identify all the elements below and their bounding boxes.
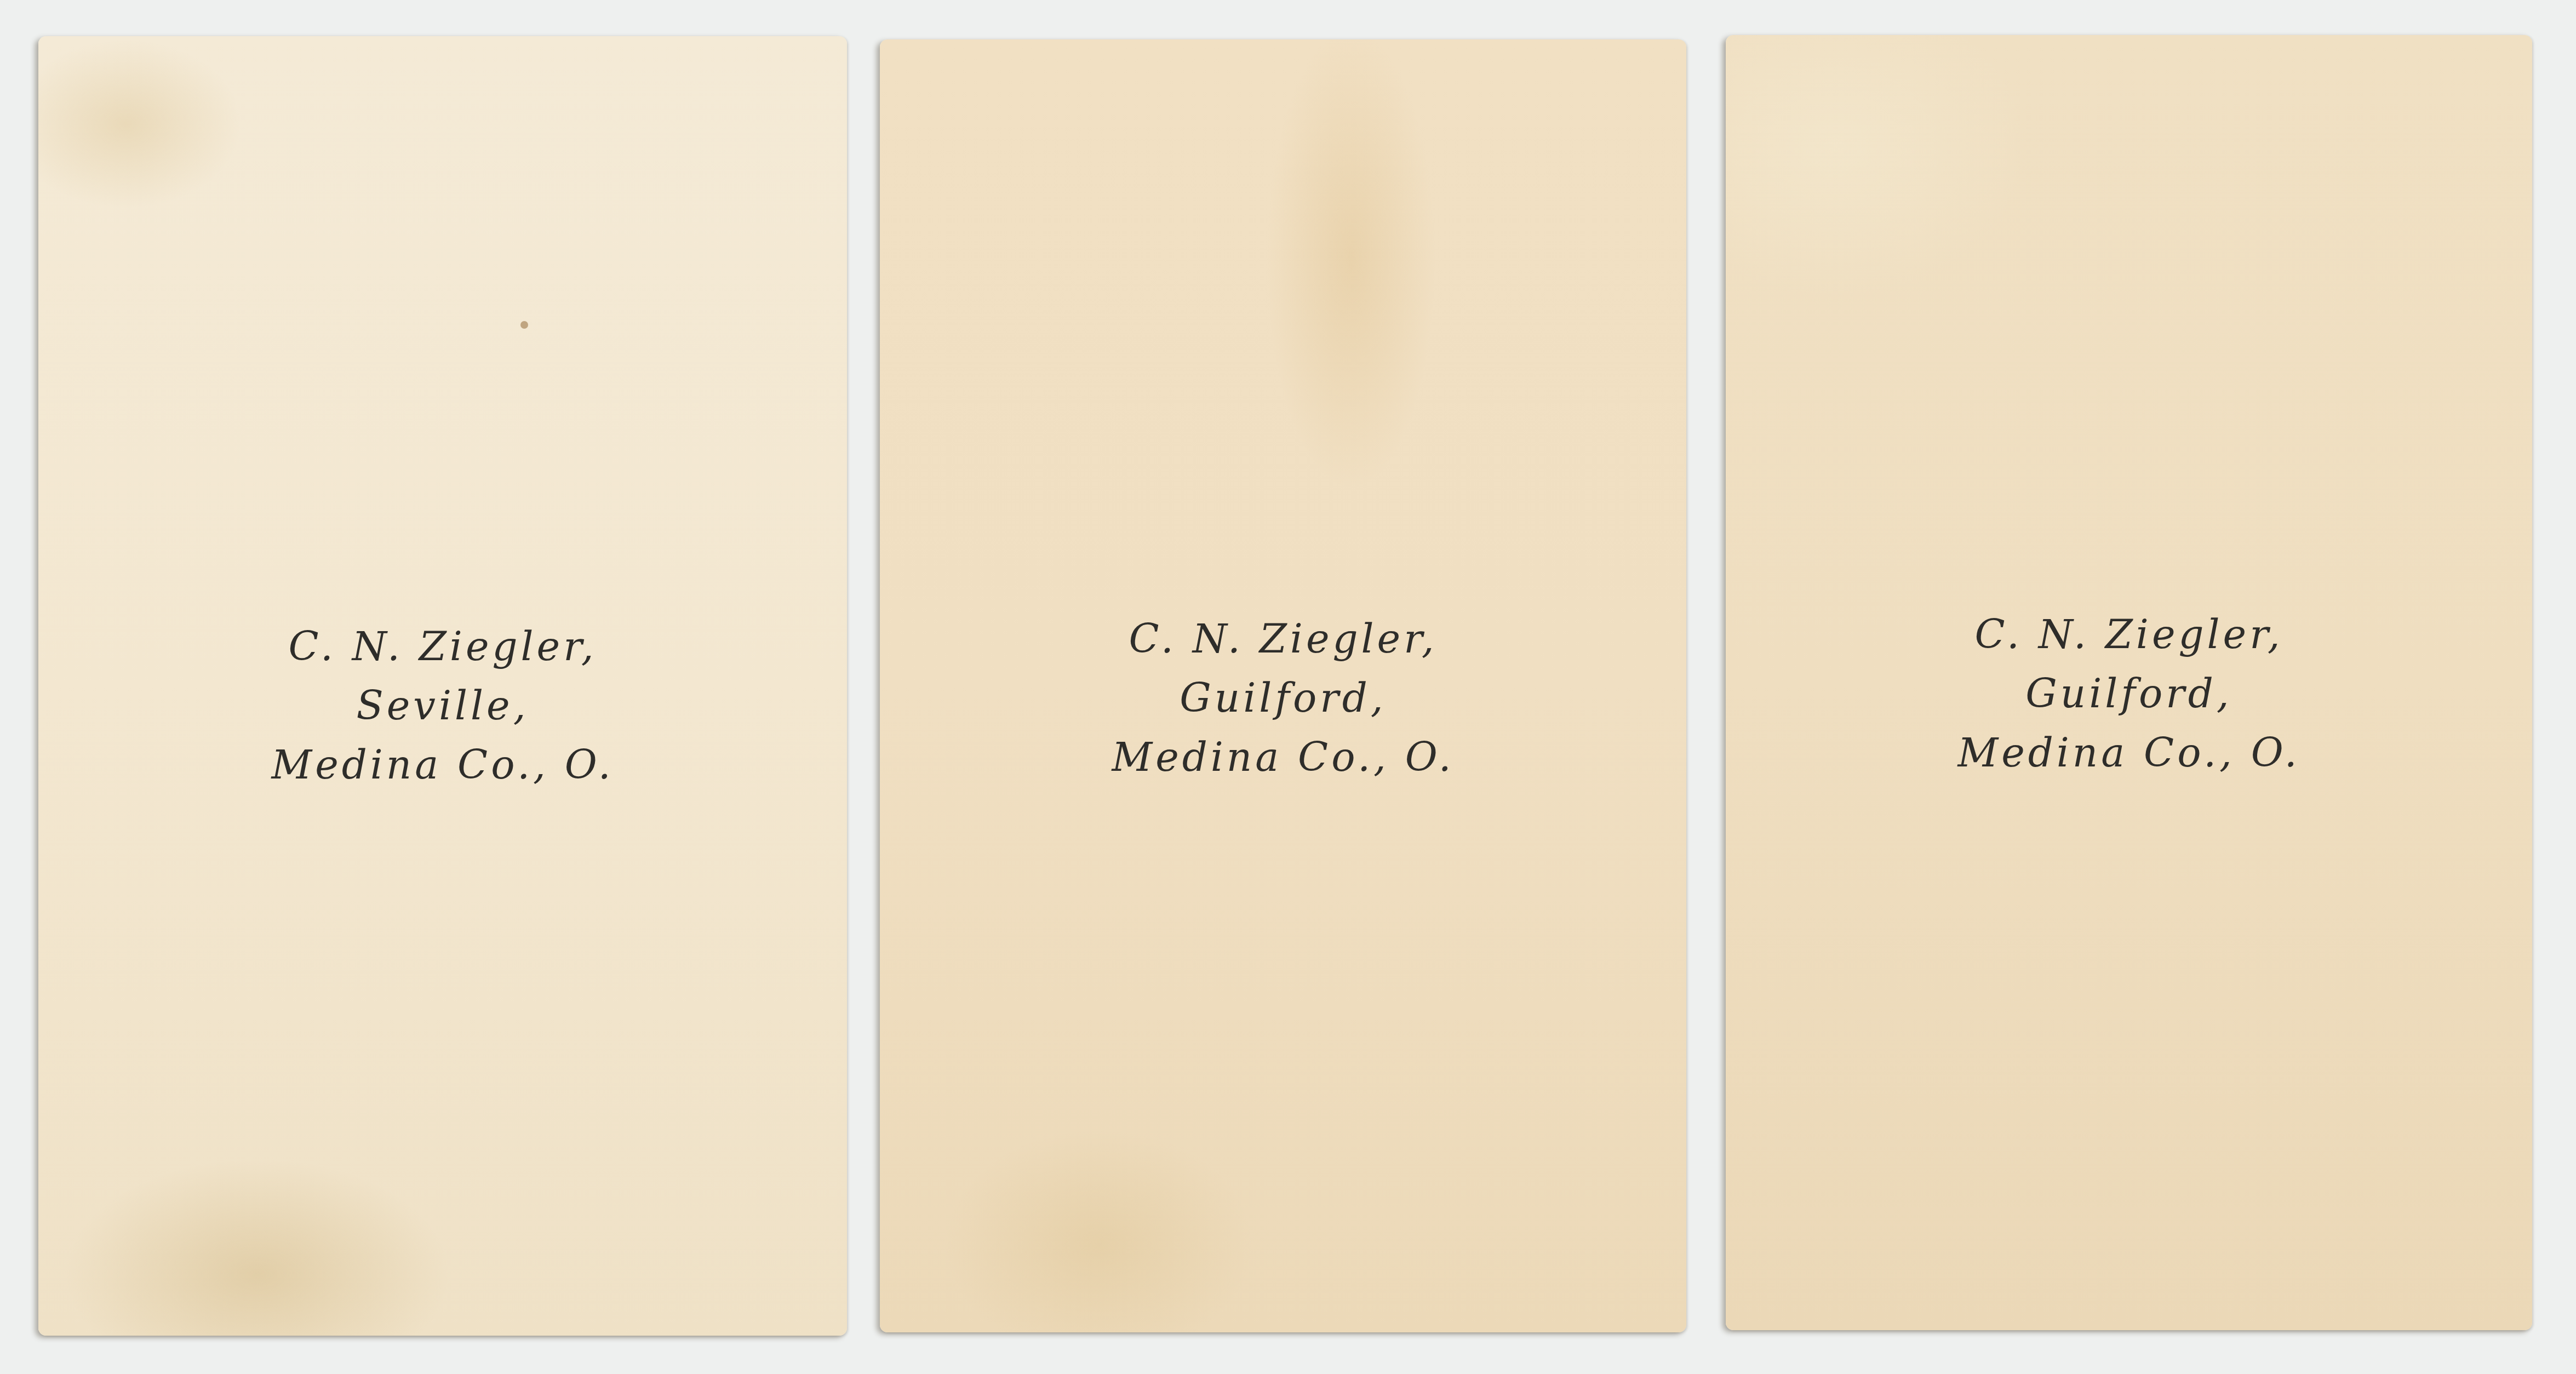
imprint-county: Medina Co., O. [38,735,847,794]
photographer-imprint: C. N. Ziegler, Guilford, Medina Co., O. [880,609,1686,787]
photographer-imprint: C. N. Ziegler, Seville, Medina Co., O. [38,617,847,794]
imprint-county: Medina Co., O. [880,728,1686,787]
imprint-county: Medina Co., O. [1726,723,2532,782]
imprint-name: C. N. Ziegler, [38,617,847,676]
photographer-imprint: C. N. Ziegler, Guilford, Medina Co., O. [1726,605,2532,782]
card-back-guilford-2: C. N. Ziegler, Guilford, Medina Co., O. [1726,35,2532,1330]
card-back-seville: C. N. Ziegler, Seville, Medina Co., O. [38,36,847,1336]
foxing-spot [520,321,528,329]
imprint-town: Seville, [38,676,847,735]
card-back-guilford-1: C. N. Ziegler, Guilford, Medina Co., O. [880,39,1686,1332]
imprint-town: Guilford, [1726,664,2532,723]
imprint-name: C. N. Ziegler, [880,609,1686,668]
imprint-name: C. N. Ziegler, [1726,605,2532,664]
imprint-town: Guilford, [880,668,1686,728]
